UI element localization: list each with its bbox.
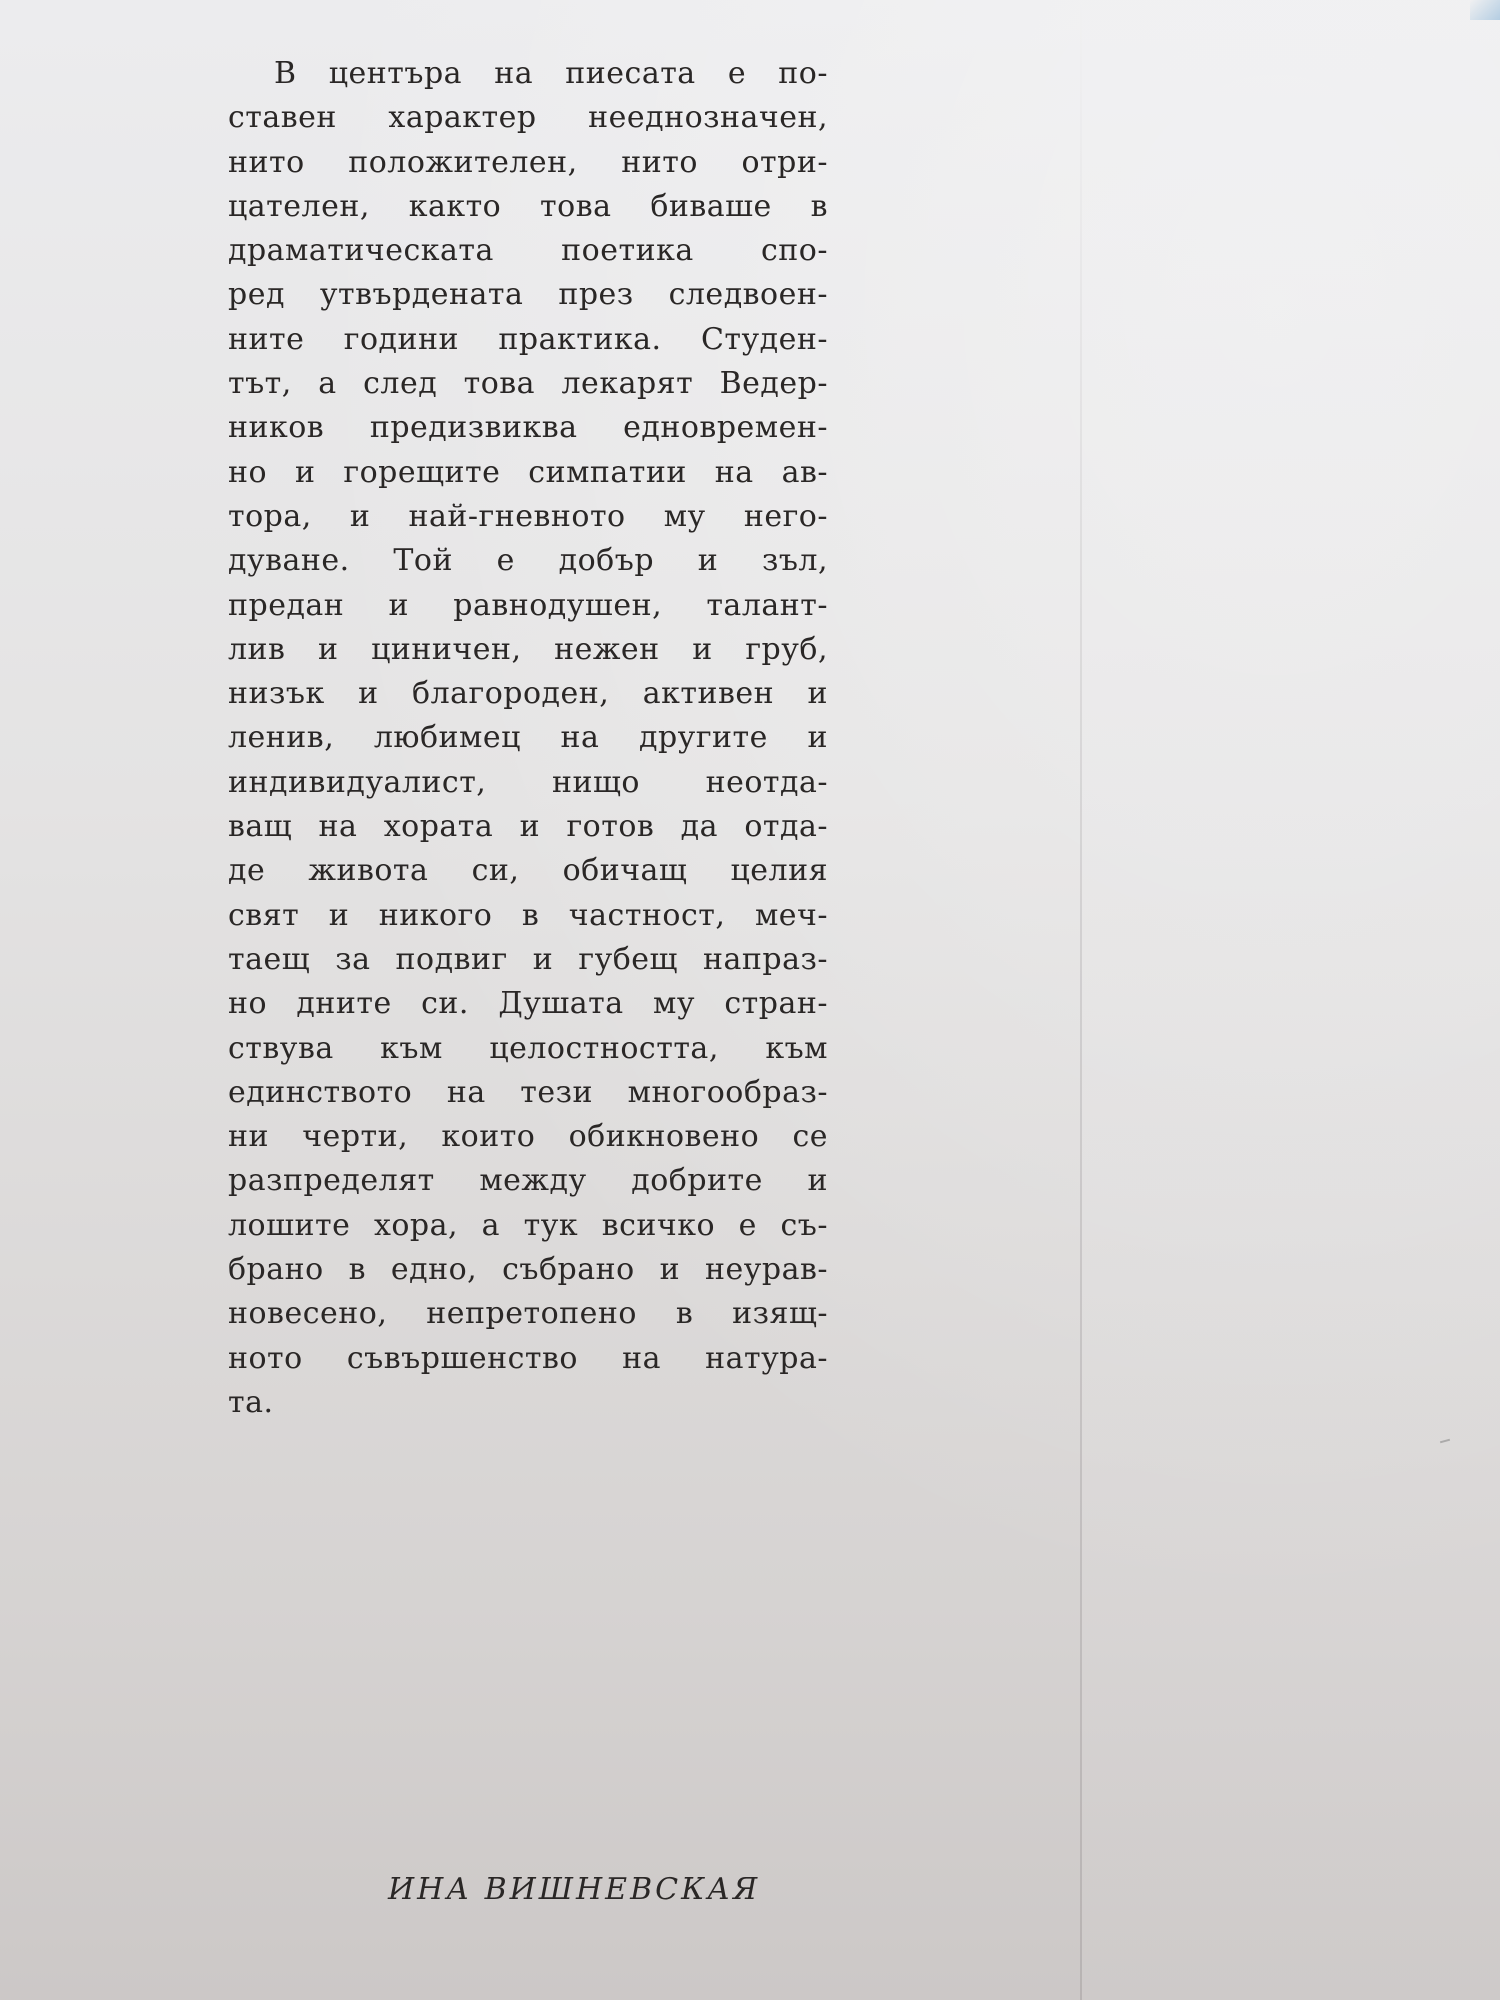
text-line: свят и никого в частност, меч- [228,894,828,938]
adjacent-sheet [1082,0,1500,2000]
text-line: единството на тези многообраз- [228,1071,828,1115]
text-line: но и горещите симпатии на ав- [228,451,828,495]
text-line: индивидуалист, нищо неотда- [228,761,828,805]
text-line: низък и благороден, активен и [228,672,828,716]
text-line: таещ за подвиг и губещ напраз- [228,938,828,982]
text-line: цателен, както това биваше в [228,185,828,229]
text-line: ставен характер нееднозначен, [228,96,828,140]
author-signature: ИНА ВИШНЕВСКАЯ [388,1872,760,1907]
text-line: нито положителен, нито отри- [228,141,828,185]
page-fold-edge [1080,0,1082,2000]
text-line: де живота си, обичащ целия [228,849,828,893]
text-line: лошите хора, а тук всичко е съ- [228,1204,828,1248]
text-line: лив и циничен, нежен и груб, [228,628,828,672]
text-line: дуване. Той е добър и зъл, [228,539,828,583]
corner-background [1470,0,1500,20]
text-line: разпределят между добрите и [228,1159,828,1203]
text-line: В центъра на пиесата е по- [228,52,828,96]
text-line: ленив, любимец на другите и [228,716,828,760]
text-line: ствува към целостността, към [228,1027,828,1071]
text-line: драматическата поетика спо- [228,229,828,273]
text-line: тора, и най-гневното му него- [228,495,828,539]
text-line: новесено, непретопено в изящ- [228,1292,828,1336]
text-line: но дните си. Душата му стран- [228,982,828,1026]
text-line: ни черти, които обикновено се [228,1115,828,1159]
text-line: предан и равнодушен, талант- [228,584,828,628]
text-line: ното съвършенство на натура- [228,1337,828,1381]
text-line: ващ на хората и готов да отда- [228,805,828,849]
text-line: ните години практика. Студен- [228,318,828,362]
text-line: ред утвърдената през следвоен- [228,273,828,317]
body-text: В центъра на пиесата е по- ставен характ… [228,52,828,1425]
text-line: брано в едно, събрано и неурав- [228,1248,828,1292]
text-line: ников предизвиква едновремен- [228,406,828,450]
text-line: тът, а след това лекарят Ведер- [228,362,828,406]
text-line-final: та. [228,1381,828,1425]
